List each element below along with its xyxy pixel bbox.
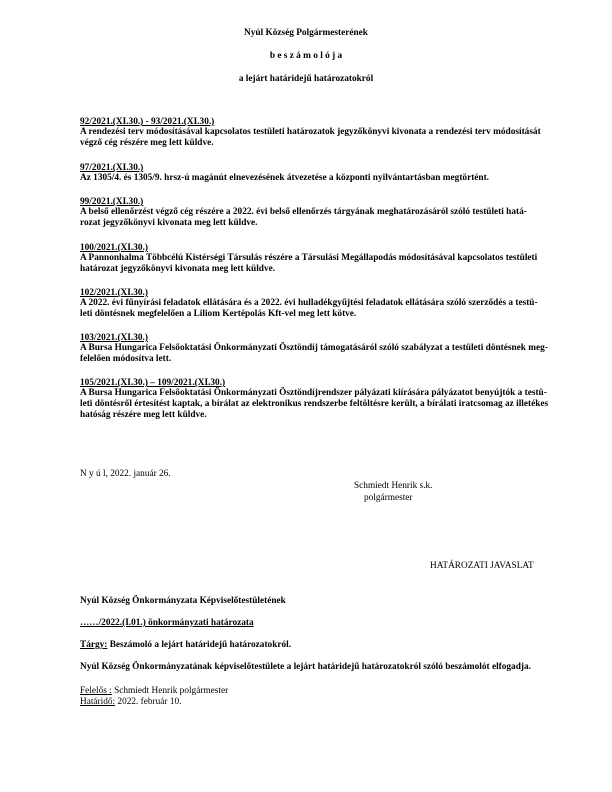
signature-name: Schmiedt Henrik s.k. xyxy=(354,481,433,491)
responsible-text: Schmiedt Henrik polgármester xyxy=(112,686,228,696)
section-line: felelően módosítva lett. xyxy=(80,354,548,365)
place-date: N y ú l, 2022. január 26. xyxy=(80,469,171,479)
proposal-responsible: Felelős : Schmiedt Henrik polgármester xyxy=(80,686,228,696)
signature-role: polgármester xyxy=(364,493,413,503)
document-topic: a lejárt határidejű határozatokról xyxy=(0,74,612,84)
section-ref: 105/2021.(XI.30.) – 109/2021.(XI.30.) xyxy=(80,378,548,388)
section-ref: 100/2021.(XI.30.) xyxy=(80,243,537,253)
subject-label: Tárgy: xyxy=(80,640,107,650)
document-subtitle: b e s z á m o l ó j a xyxy=(0,51,612,61)
section-line: A Pannonhalma Többcélú Kistérségi Társul… xyxy=(80,253,537,264)
section-line: A 2022. évi fűnyírási feladatok ellátásá… xyxy=(80,298,538,309)
proposal-subject: Tárgy: Beszámoló a lejárt határidejű hat… xyxy=(80,640,291,650)
proposal-heading: HATÁROZATI JAVASLAT xyxy=(430,561,534,571)
section-line: A Bursa Hungarica Felsőoktatási Önkormán… xyxy=(80,388,548,399)
section-ref: 103/2021.(XI.30.) xyxy=(80,333,548,343)
section-ref: 92/2021.(XI.30.) - 93/2021.(XI.30.) xyxy=(80,117,541,127)
section-103: 103/2021.(XI.30.) A Bursa Hungarica Fels… xyxy=(80,333,548,365)
section-line: leti döntésről értesítést kaptak, a bírá… xyxy=(80,399,548,410)
section-line: leti döntésnek megfelelően a Liliom Kert… xyxy=(80,309,538,320)
section-102: 102/2021.(XI.30.) A 2022. évi fűnyírási … xyxy=(80,288,538,320)
proposal-addressee: Nyúl Község Önkormányzata Képviselőtestü… xyxy=(80,596,286,606)
section-line: A rendezési terv módosításával kapcsolat… xyxy=(80,127,541,138)
deadline-text: 2022. február 10. xyxy=(115,697,181,707)
section-line: végző cég részére meg lett küldve. xyxy=(80,138,541,149)
subject-text: Beszámoló a lejárt határidejű határozato… xyxy=(107,640,291,650)
section-line: A belső ellenőrzést végző cég részére a … xyxy=(80,207,527,218)
section-line: rozat jegyzőkönyvi kivonata meg lett kül… xyxy=(80,218,527,229)
proposal-decision: Nyúl Község Önkormányzatának képviselőte… xyxy=(80,662,531,672)
document-title: Nyúl Község Polgármesterének xyxy=(0,28,612,38)
proposal-deadline: Határidő: 2022. február 10. xyxy=(80,697,181,707)
section-line: hatóság részére meg lett küldve. xyxy=(80,410,548,421)
responsible-label: Felelős : xyxy=(80,686,112,696)
section-ref: 102/2021.(XI.30.) xyxy=(80,288,538,298)
resolution-number: ……/2022.(I.01.) önkormányzati határozata xyxy=(80,618,254,628)
section-92-93: 92/2021.(XI.30.) - 93/2021.(XI.30.) A re… xyxy=(80,117,541,149)
section-ref: 99/2021.(XI.30.) xyxy=(80,197,527,207)
document-page: Nyúl Község Polgármesterének b e s z á m… xyxy=(0,0,612,792)
section-ref: 97/2021.(XI.30.) xyxy=(80,163,489,173)
section-97: 97/2021.(XI.30.) Az 1305/4. és 1305/9. h… xyxy=(80,163,489,184)
section-line: A Bursa Hungarica Felsőoktatási Önkormán… xyxy=(80,343,548,354)
section-line: határozat jegyzőkönyvi kivonata meg lett… xyxy=(80,264,537,275)
deadline-label: Határidő: xyxy=(80,697,115,707)
section-100: 100/2021.(XI.30.) A Pannonhalma Többcélú… xyxy=(80,243,537,275)
section-99: 99/2021.(XI.30.) A belső ellenőrzést vég… xyxy=(80,197,527,229)
section-line: Az 1305/4. és 1305/9. hrsz-ú magánút eln… xyxy=(80,173,489,184)
section-105-109: 105/2021.(XI.30.) – 109/2021.(XI.30.) A … xyxy=(80,378,548,420)
